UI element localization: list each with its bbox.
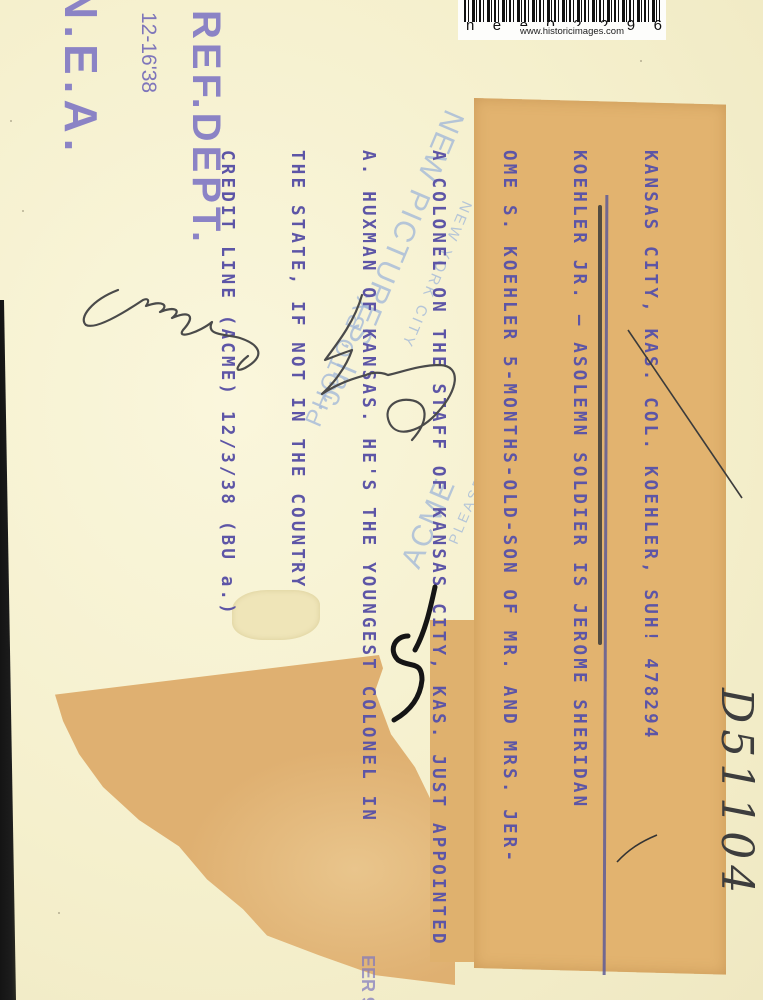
- catalog-number-handwritten: D51104: [711, 688, 762, 899]
- bottom-stamp-fragment: EER 9: [357, 955, 378, 1000]
- pencil-check-icon: [617, 835, 657, 862]
- baby-colonel-signature-icon: [84, 290, 455, 440]
- handwritten-annotations: [0, 0, 763, 1000]
- marker-number-5-icon: [393, 587, 435, 720]
- pencil-diagonal-line: [628, 330, 742, 498]
